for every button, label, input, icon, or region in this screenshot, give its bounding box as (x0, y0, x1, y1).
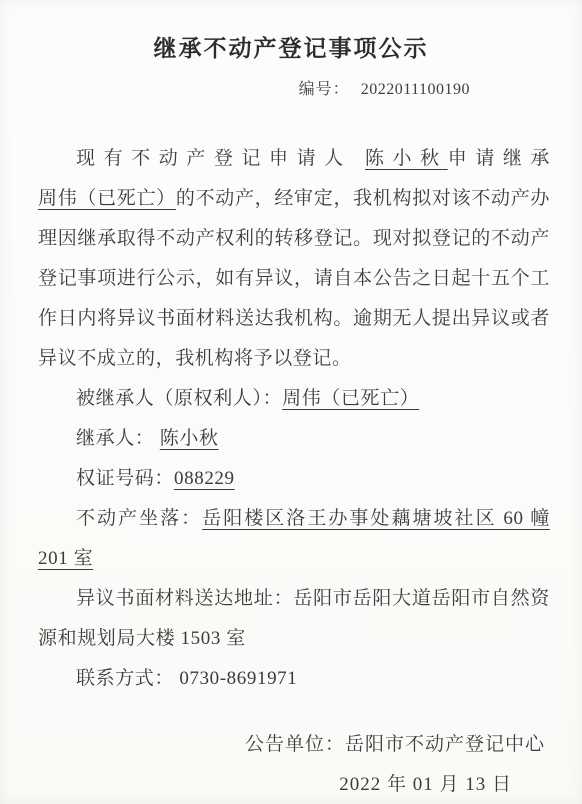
document-title: 继承不动产登记事项公示 (0, 30, 582, 63)
field-decedent: 被继承人（原权利人）：周伟（已死亡） (38, 379, 550, 419)
notice-document-page: 继承不动产登记事项公示 编号： 2022011100190 现有不动产登记申请人… (0, 0, 582, 804)
issuer-value: 岳阳市不动产登记中心 (345, 734, 545, 755)
document-number-value: 2022011100190 (355, 81, 470, 98)
notice-main-paragraph: 现有不动产登记申请人 陈小秋申请继承周伟（已死亡）的不动产，经审定，我机构拟对该… (38, 139, 550, 379)
field-heir: 继承人： 陈小秋 (38, 419, 550, 459)
notice-body: 现有不动产登记申请人 陈小秋申请继承周伟（已死亡）的不动产，经审定，我机构拟对该… (38, 139, 550, 699)
document-number-line: 编号： 2022011100190 (0, 76, 582, 99)
document-number-label: 编号： (299, 81, 350, 98)
field-certificate-number: 权证号码：088229 (38, 459, 550, 499)
date-line: 2022 年 01 月 13 日 (0, 765, 582, 804)
field-objection-address: 异议书面材料送达地址：岳阳市岳阳大道岳阳市自然资源和规划局大楼 1503 室 (38, 579, 550, 659)
field-property-location: 不动产坐落：岳阳楼区洛王办事处藕塘坡社区 60 幢 201 室 (38, 499, 550, 579)
issuer-line: 公告单位：岳阳市不动产登记中心 (0, 725, 582, 765)
field-contact: 联系方式： 0730-8691971 (38, 659, 550, 699)
issuer-label: 公告单位： (245, 734, 345, 755)
